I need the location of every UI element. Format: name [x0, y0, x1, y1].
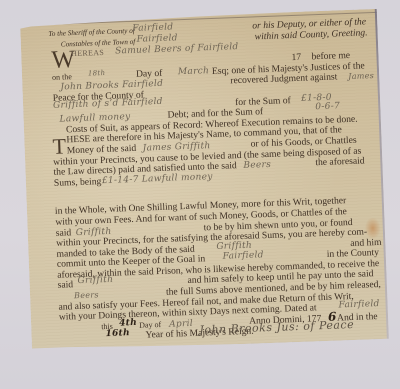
writ-document: To the Sheriff of the County of Fairfiel… — [20, 9, 389, 352]
judgment-month-handwritten: March — [178, 66, 210, 78]
writ-text: To the Sheriff of the County of Fairfiel… — [28, 17, 378, 345]
writ-day-handwritten: 4th — [119, 318, 137, 329]
judgment-day-handwritten: 18th — [88, 68, 106, 79]
debtor-handwritten-4: Griffith — [77, 275, 113, 287]
header-town-handwritten: Fairfield — [137, 33, 178, 45]
said-2: said — [58, 281, 74, 292]
dated-at-handwritten: Fairfield — [338, 299, 379, 311]
costs-sum-handwritten: 0-6-7 — [315, 101, 340, 112]
reign-year-handwritten: 16th — [105, 329, 130, 340]
on-the: on the — [52, 72, 72, 83]
defendant-first-handwritten: James — [348, 71, 374, 83]
photo-background: To the Sheriff of the County of Fairfiel… — [0, 0, 400, 389]
whereas-caps: HEREAS — [71, 48, 104, 60]
goal-town-handwritten: Fairfield — [223, 251, 264, 263]
